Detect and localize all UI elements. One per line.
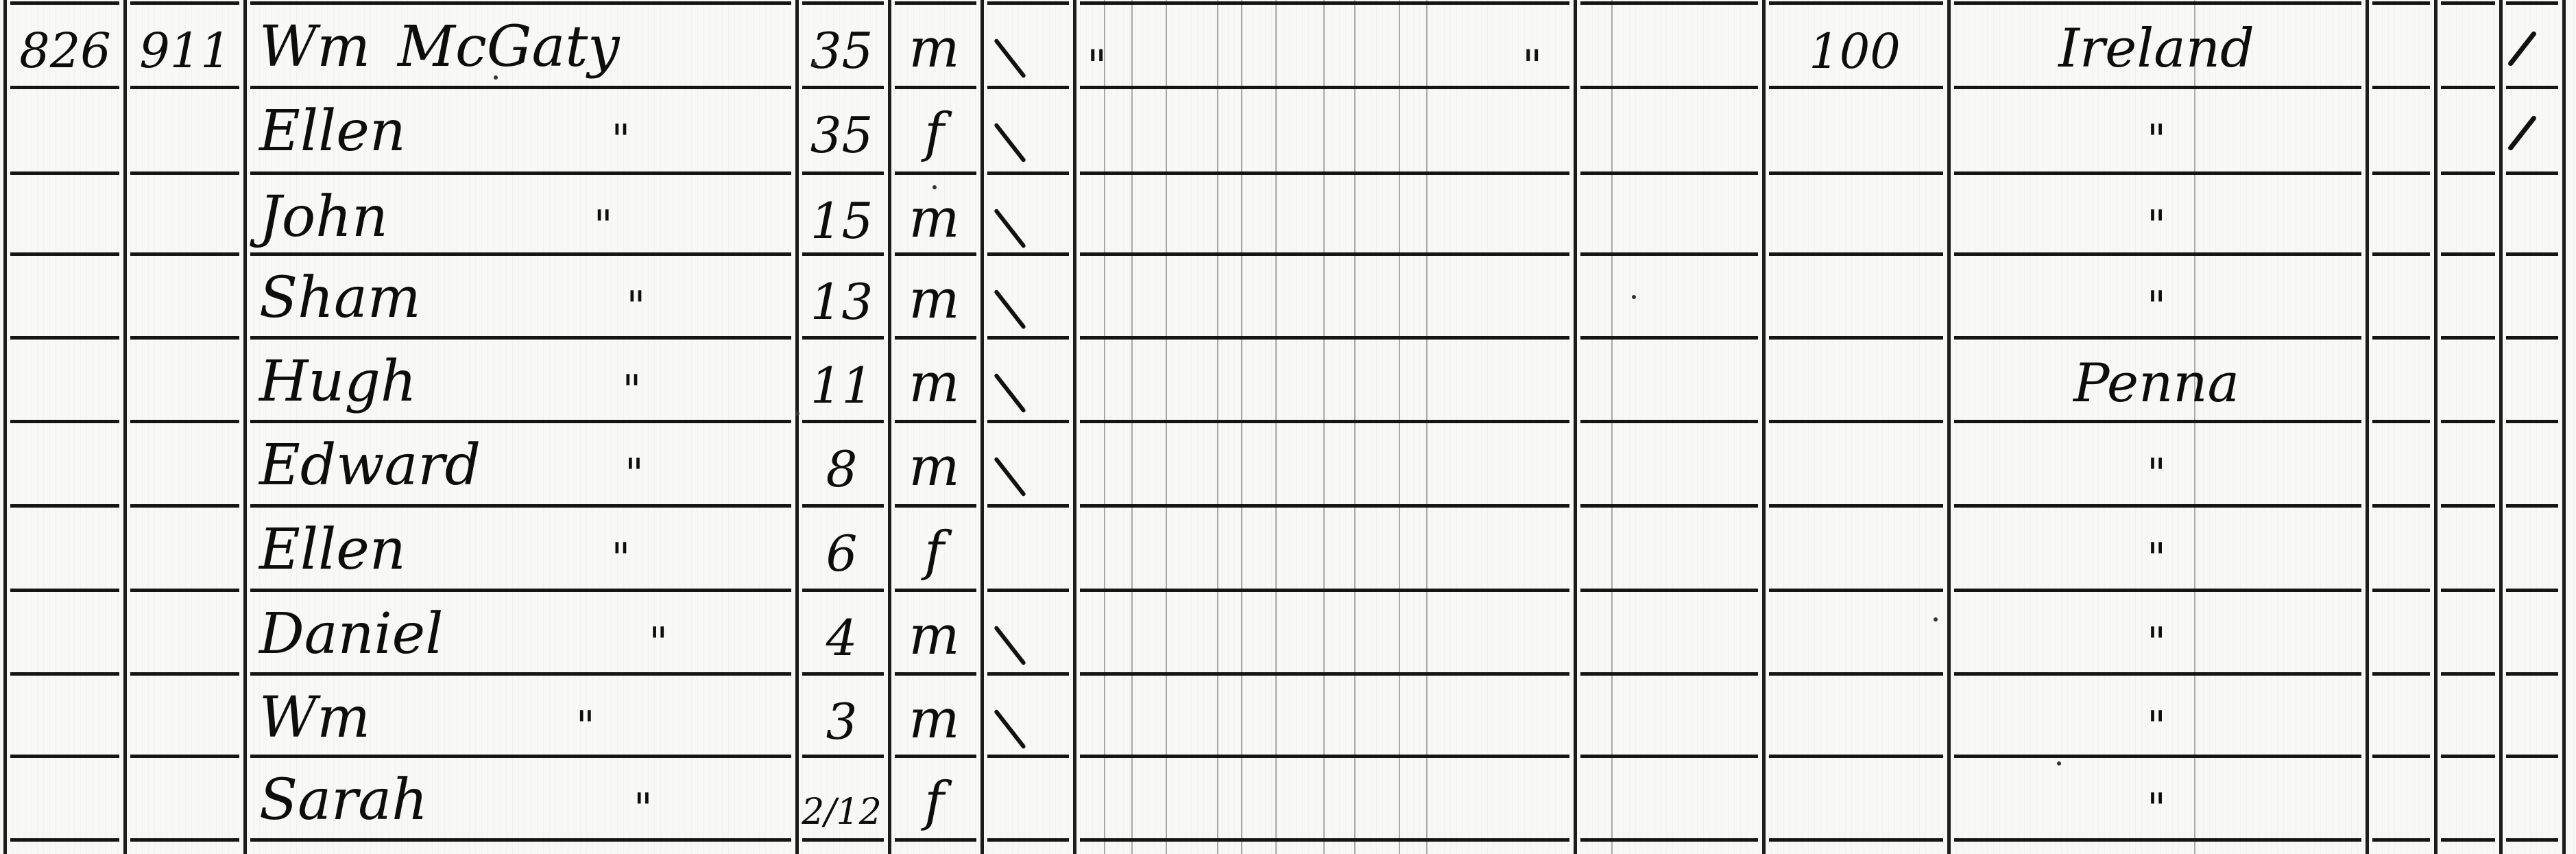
row-rule <box>1080 755 1569 758</box>
sex: m <box>891 591 977 674</box>
row-rule <box>1769 504 1943 508</box>
given-name: Wm <box>259 14 370 80</box>
row-rule <box>1580 1 1758 5</box>
row-rule <box>130 420 239 423</box>
faint-column-rule <box>1354 0 1356 854</box>
row-rule <box>1580 420 1758 423</box>
person-name: WmMcGaty <box>247 3 792 86</box>
row-rule <box>1080 252 1569 256</box>
sex: f <box>891 506 977 589</box>
row-rule <box>130 86 239 89</box>
row-rule <box>987 336 1069 340</box>
given-name: Sham <box>259 265 421 331</box>
row-rule <box>130 838 239 842</box>
faint-column-rule <box>1399 0 1400 854</box>
row-rule <box>1580 252 1758 256</box>
person-name: John" <box>247 174 792 257</box>
row-rule <box>2372 504 2430 508</box>
row-rule <box>10 420 119 423</box>
given-name: Ellen <box>259 99 406 164</box>
row-rule <box>987 420 1069 423</box>
given-name: John <box>259 185 388 250</box>
birthplace: " <box>1951 506 2362 589</box>
sex: f <box>891 88 977 171</box>
birthplace: " <box>1951 591 2362 674</box>
given-name: Hugh <box>259 349 417 414</box>
row-rule <box>2372 1 2430 5</box>
birthplace: " <box>1951 422 2362 505</box>
row-rule <box>2506 504 2558 508</box>
row-rule <box>2441 838 2495 842</box>
row-rule <box>2441 86 2495 89</box>
row-rule <box>1769 755 1943 758</box>
row-rule <box>130 336 239 340</box>
row-rule <box>1580 838 1758 842</box>
row-rule <box>130 171 239 175</box>
row-rule <box>1580 755 1758 758</box>
row-rule <box>1080 589 1569 592</box>
faint-column-rule <box>1166 0 1167 854</box>
row-rule <box>130 672 239 676</box>
surname: " <box>594 202 613 250</box>
paper-speck <box>494 75 498 80</box>
surname: " <box>627 283 646 331</box>
age: 6 <box>799 506 884 589</box>
row-rule <box>1769 420 1943 423</box>
row-rule <box>2441 504 2495 508</box>
birthplace: " <box>1951 174 2362 257</box>
person-name: Wm" <box>247 674 792 757</box>
row-rule <box>10 336 119 340</box>
faint-column-rule <box>1241 0 1242 854</box>
row-rule <box>2372 171 2430 175</box>
surname: " <box>649 619 668 667</box>
age: 35 <box>799 3 884 86</box>
person-name: Ellen" <box>247 88 792 171</box>
age: 8 <box>799 422 884 505</box>
person-name: Hugh" <box>247 338 792 421</box>
given-name: Ellen <box>259 517 406 582</box>
row-rule <box>2506 252 2558 256</box>
row-rule <box>1769 589 1943 592</box>
row-rule <box>2506 171 2558 175</box>
faint-column-rule <box>1104 0 1105 854</box>
faint-column-rule <box>1611 0 1613 854</box>
row-rule <box>2372 420 2430 423</box>
surname: " <box>625 450 644 498</box>
surname: " <box>612 116 631 164</box>
age: 4 <box>799 591 884 674</box>
column-rule <box>2499 0 2503 854</box>
row-rule <box>1769 252 1943 256</box>
surname: " <box>612 534 631 582</box>
given-name: Edward <box>259 433 481 498</box>
row-rule <box>1580 171 1758 175</box>
column-rule <box>980 0 984 854</box>
paper-speck <box>2057 761 2061 766</box>
column-rule <box>2434 0 2437 854</box>
sex: m <box>891 674 977 757</box>
row-rule <box>1580 504 1758 508</box>
sex: m <box>891 338 977 421</box>
row-rule <box>2441 589 2495 592</box>
birthplace: Penna <box>1951 338 2362 421</box>
row-rule <box>987 838 1069 842</box>
person-name: Edward" <box>247 422 792 505</box>
tally-mark <box>994 457 1026 497</box>
surname: " <box>634 785 653 833</box>
column-13-mark <box>2507 115 2538 151</box>
row-rule <box>987 755 1069 758</box>
row-rule <box>2506 838 2558 842</box>
paper-speck <box>795 412 799 416</box>
row-rule <box>1769 838 1943 842</box>
row-rule <box>1580 336 1758 340</box>
age: 15 <box>799 174 884 257</box>
age: 3 <box>799 674 884 757</box>
column-rule <box>3 0 7 854</box>
row-rule <box>2506 336 2558 340</box>
paper-speck <box>1632 295 1636 299</box>
row-rule <box>1080 420 1569 423</box>
dwelling-number: 826 <box>7 0 123 86</box>
row-rule <box>1080 838 1569 842</box>
given-name: Sarah <box>259 768 428 833</box>
row-rule <box>1080 336 1569 340</box>
given-name: Wm <box>259 685 370 750</box>
column-rule <box>123 0 127 854</box>
row-rule <box>10 86 119 89</box>
age: 13 <box>799 254 884 337</box>
birthplace: Ireland <box>1951 3 2362 86</box>
row-rule <box>130 755 239 758</box>
given-name: Daniel <box>259 602 443 667</box>
birthplace: " <box>1951 88 2362 171</box>
age: 35 <box>799 88 884 171</box>
sex: f <box>891 757 977 840</box>
column-rule <box>1073 0 1076 854</box>
sex: m <box>891 422 977 505</box>
paper-speck <box>1934 617 1938 621</box>
row-rule <box>2441 1 2495 5</box>
row-rule <box>1769 336 1943 340</box>
row-rule <box>2441 336 2495 340</box>
row-rule <box>2372 589 2430 592</box>
row-rule <box>1080 171 1569 175</box>
row-rule <box>1080 504 1569 508</box>
census-sheet: 826 911 WmMcGaty35m100IrelandEllen"35f"J… <box>0 0 2576 854</box>
person-name: Ellen" <box>247 506 792 589</box>
surname: " <box>623 366 642 414</box>
row-rule <box>130 252 239 256</box>
row-rule <box>130 1 239 5</box>
row-rule <box>987 589 1069 592</box>
row-rule <box>1580 672 1758 676</box>
row-rule <box>10 838 119 842</box>
row-rule <box>2441 672 2495 676</box>
row-rule <box>10 252 119 256</box>
row-rule <box>1769 171 1943 175</box>
paper-speck <box>932 185 937 189</box>
birthplace: " <box>1951 254 2362 337</box>
estate-value: 100 <box>1766 3 1944 86</box>
row-rule <box>2506 755 2558 758</box>
row-rule <box>987 504 1069 508</box>
tally-mark <box>994 626 1026 666</box>
row-rule <box>10 1 119 5</box>
tally-mark <box>994 709 1026 750</box>
column-13-mark <box>2507 30 2538 67</box>
column-rule <box>2562 0 2566 854</box>
age: 2/12 <box>799 757 884 840</box>
birthplace: " <box>1951 674 2362 757</box>
column-rule <box>2366 0 2369 854</box>
row-rule <box>10 504 119 508</box>
sex: m <box>891 254 977 337</box>
faint-column-rule <box>1131 0 1133 854</box>
row-rule <box>2441 420 2495 423</box>
faint-column-rule <box>1426 0 1428 854</box>
row-rule <box>987 672 1069 676</box>
tally-mark <box>994 209 1026 249</box>
row-rule <box>2506 1 2558 5</box>
row-rule <box>987 252 1069 256</box>
row-rule <box>2372 86 2430 89</box>
column-rule <box>1574 0 1577 854</box>
paper-speck <box>812 62 817 66</box>
row-rule <box>1769 672 1943 676</box>
row-rule <box>10 171 119 175</box>
column-rule <box>1762 0 1766 854</box>
tally-mark <box>994 38 1026 79</box>
row-rule <box>1080 672 1569 676</box>
occupation-ditto: " <box>1522 41 1542 92</box>
row-rule <box>10 589 119 592</box>
row-rule <box>2506 589 2558 592</box>
faint-column-rule <box>1217 0 1218 854</box>
sex: m <box>891 3 977 86</box>
row-rule <box>987 1 1069 5</box>
row-rule <box>1580 86 1758 89</box>
occupation-ditto: " <box>1087 41 1107 92</box>
row-rule <box>987 171 1069 175</box>
person-name: Daniel" <box>247 591 792 674</box>
row-rule <box>2441 171 2495 175</box>
birthplace: " <box>1951 757 2362 840</box>
row-rule <box>2441 755 2495 758</box>
tally-mark <box>994 289 1026 330</box>
row-rule <box>1080 86 1569 89</box>
row-rule <box>10 672 119 676</box>
row-rule <box>1580 589 1758 592</box>
row-rule <box>130 589 239 592</box>
row-rule <box>2506 672 2558 676</box>
row-rule <box>10 755 119 758</box>
row-rule <box>2372 838 2430 842</box>
row-rule <box>2506 86 2558 89</box>
faint-column-rule <box>1323 0 1325 854</box>
row-rule <box>2372 672 2430 676</box>
row-rule <box>2372 252 2430 256</box>
tally-mark <box>994 373 1026 414</box>
faint-column-rule <box>1275 0 1277 854</box>
row-rule <box>2441 252 2495 256</box>
row-rule <box>987 86 1069 89</box>
row-rule <box>2372 336 2430 340</box>
age: 11 <box>799 338 884 421</box>
surname: McGaty <box>398 14 620 80</box>
row-rule <box>2372 755 2430 758</box>
family-number: 911 <box>127 0 243 86</box>
tally-mark <box>994 123 1026 163</box>
row-rule <box>1080 1 1569 5</box>
person-name: Sham" <box>247 254 792 337</box>
person-name: Sarah" <box>247 757 792 840</box>
surname: " <box>576 702 595 750</box>
row-rule <box>130 504 239 508</box>
row-rule <box>2506 420 2558 423</box>
